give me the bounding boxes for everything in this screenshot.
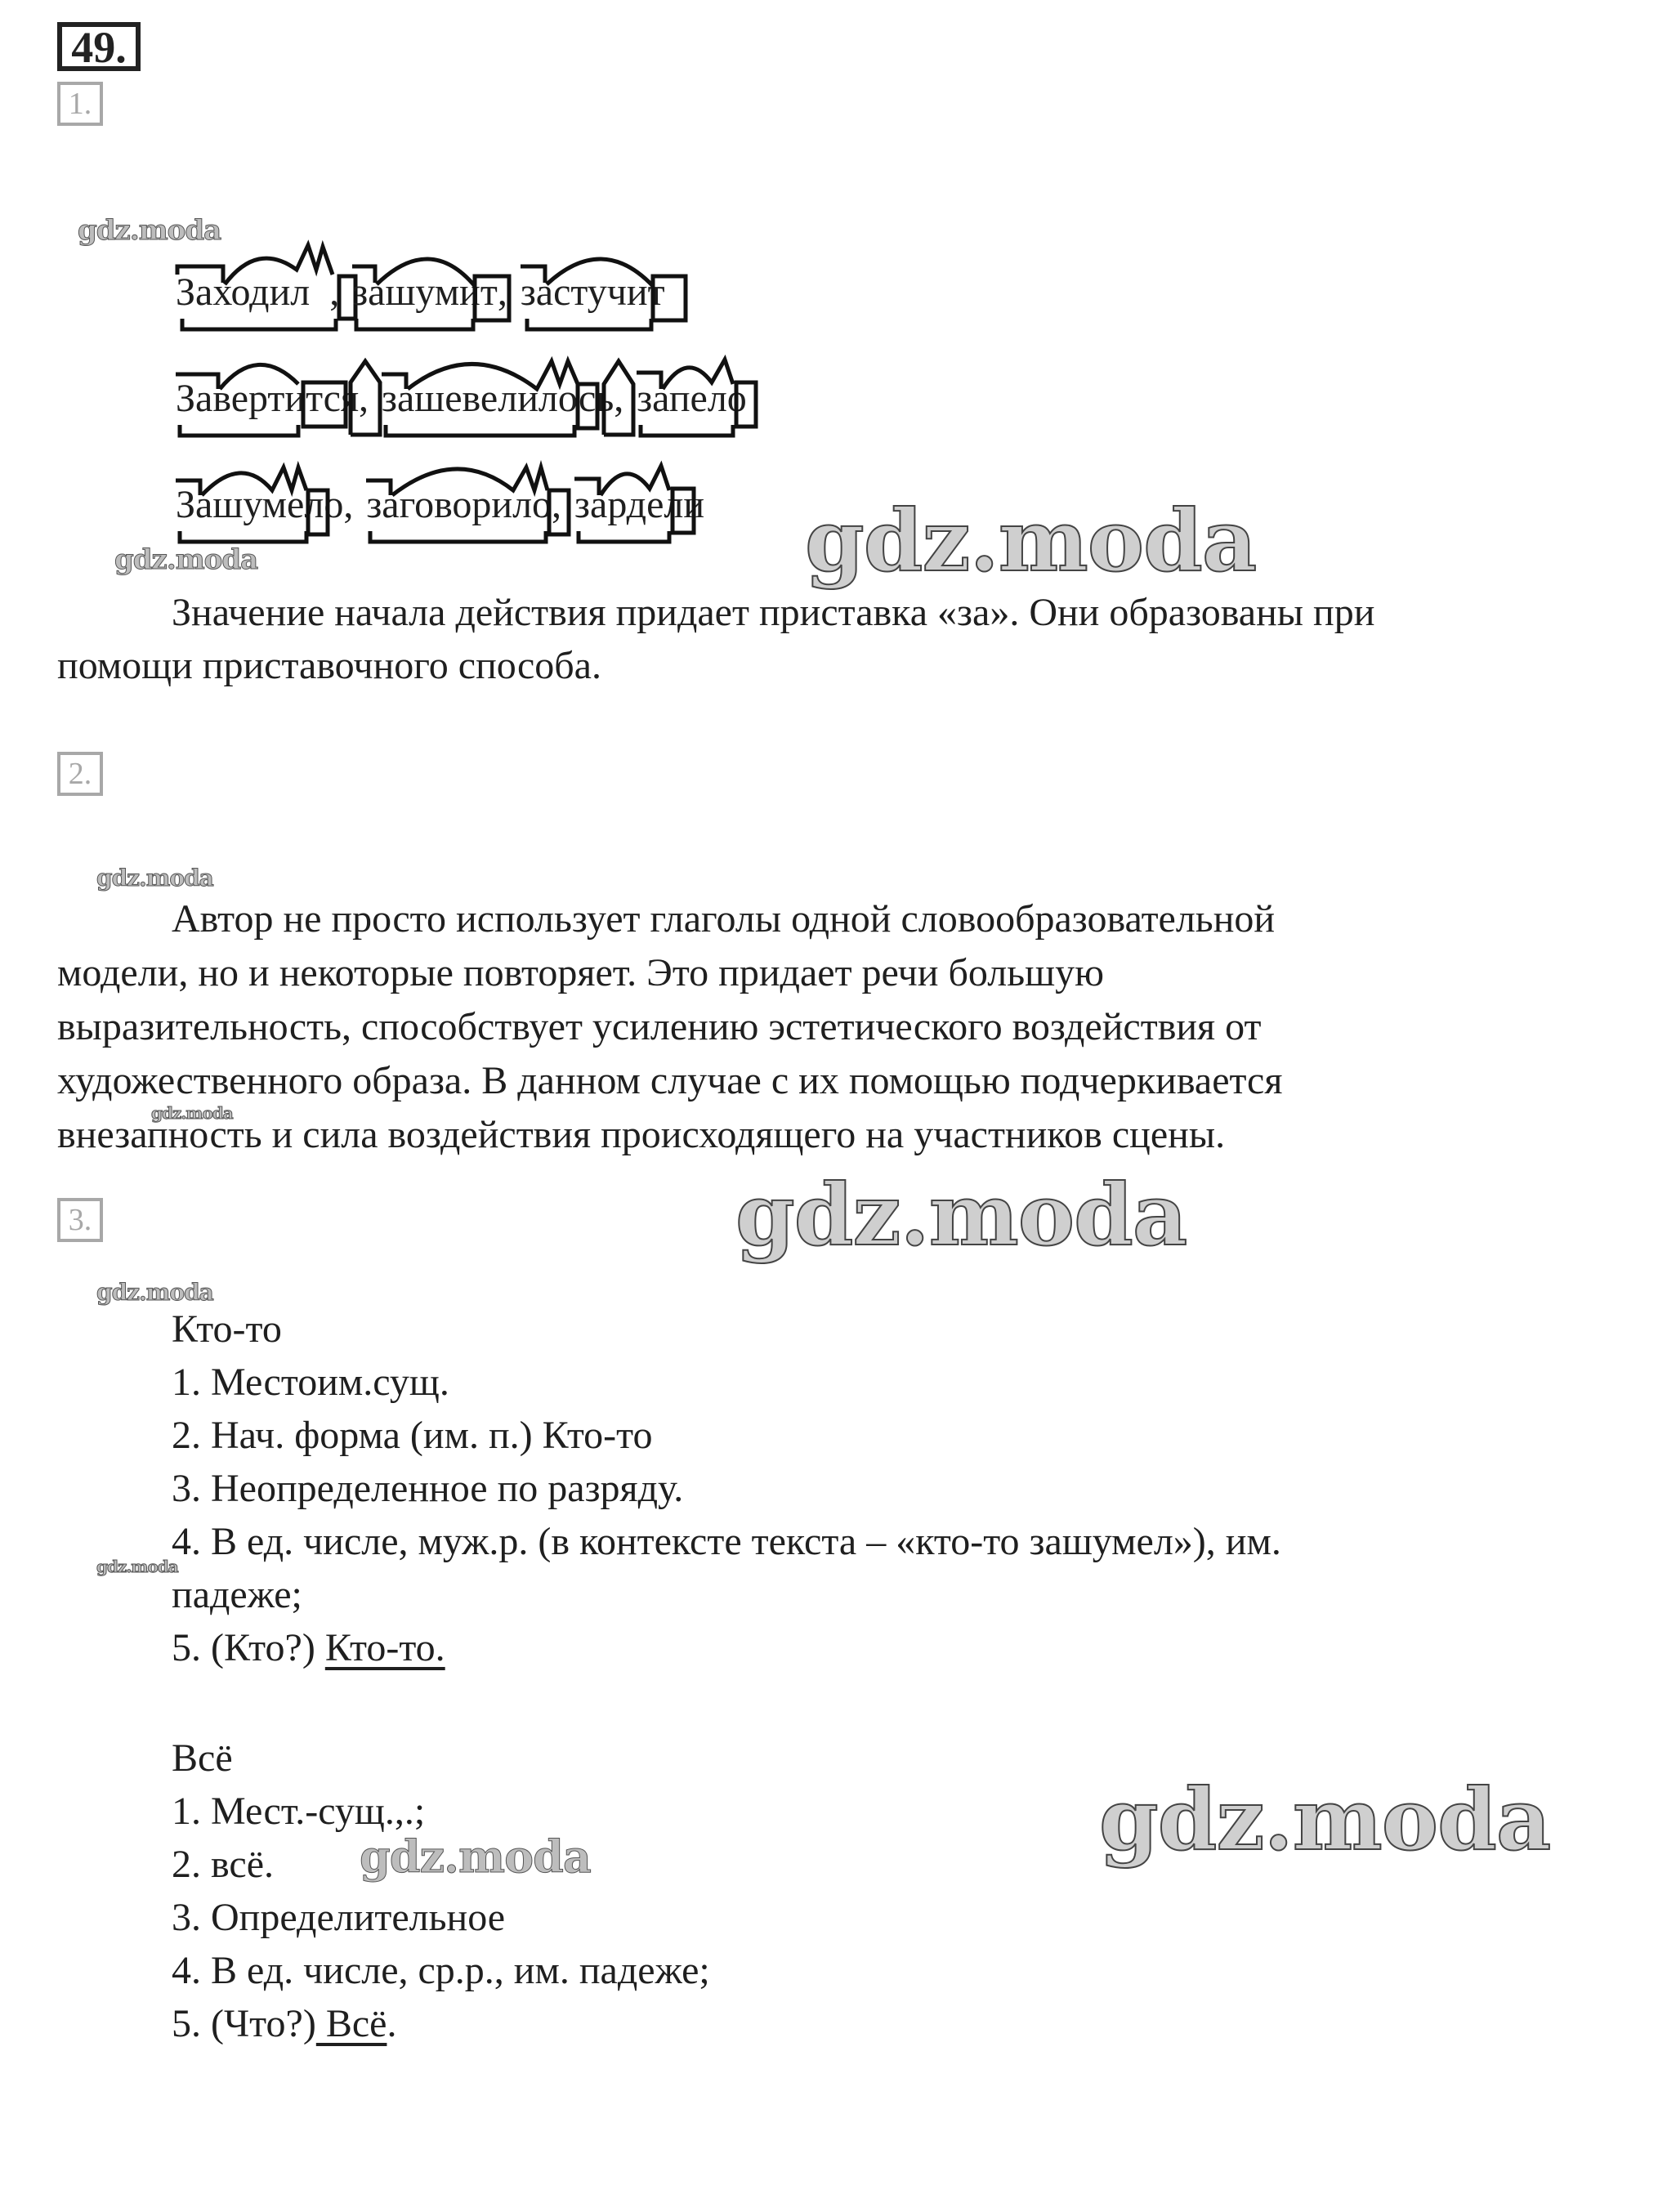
section-number-2: 2. — [57, 752, 103, 796]
paragraph-line: модели, но и некоторые повторяет. Это пр… — [57, 949, 1104, 998]
analysis-item: 4. В ед. числе, муж.р. (в контексте текс… — [172, 1517, 1281, 1566]
underlined-answer: Всё — [316, 2002, 387, 2045]
watermark: gdz.moda — [96, 1279, 213, 1306]
paragraph-line: Автор не просто использует глаголы одной… — [172, 895, 1275, 944]
analysis-item: падеже; — [172, 1571, 302, 1620]
morpheme-word: Заходил — [176, 270, 329, 315]
paragraph-line: выразительность, способствует усилению э… — [57, 1003, 1261, 1052]
morpheme-line-2: Завертится, зашевелилось, запело — [176, 376, 747, 458]
morpheme-marks-icon — [637, 343, 800, 433]
analysis-word: Всё — [172, 1734, 233, 1783]
paragraph-line: помощи приставочного способа. — [57, 641, 601, 690]
paragraph-line: внезапность и сила воздействия происходя… — [57, 1110, 1225, 1160]
section-number-3: 3. — [57, 1198, 103, 1242]
analysis-item: 2. всё. — [172, 1840, 274, 1889]
morpheme-word: зашевелилось — [382, 376, 614, 422]
morpheme-word: застучит — [521, 270, 665, 315]
watermark: gdz.moda — [735, 1164, 1187, 1265]
watermark: gdz.moda — [114, 543, 257, 576]
analysis-item: 4. В ед. числе, ср.р., им. падеже; — [172, 1946, 710, 1995]
analysis-word: Кто-то — [172, 1305, 282, 1354]
analysis-item: 1. Мест.-сущ.,.; — [172, 1787, 425, 1836]
section-number-1: 1. — [57, 82, 103, 126]
morpheme-word: Завертится — [176, 376, 359, 422]
analysis-item: 3. Неопределенное по разряду. — [172, 1464, 683, 1513]
analysis-item: 1. Местоим.сущ. — [172, 1358, 449, 1407]
morpheme-word: заговорило — [366, 482, 552, 528]
analysis-item: 2. Нач. форма (им. п.) Кто-то — [172, 1411, 653, 1460]
watermark: gdz.moda — [805, 490, 1256, 591]
morpheme-marks-icon — [521, 237, 733, 327]
analysis-item: 3. Определительное — [172, 1893, 505, 1942]
morpheme-word: зардели — [574, 482, 704, 528]
paragraph-line: Значение начала действия придает пристав… — [172, 588, 1374, 637]
morpheme-line-1: Заходил , зашумит, застучит — [176, 270, 665, 351]
morpheme-word: Зашумело — [176, 482, 343, 528]
morpheme-marks-icon — [382, 343, 643, 433]
morpheme-word: запело — [637, 376, 747, 422]
morpheme-marks-icon — [574, 449, 738, 539]
morpheme-marks-icon — [176, 343, 388, 433]
underlined-answer: Кто-то. — [325, 1626, 445, 1669]
paragraph-line: художественного образа. В данном случае … — [57, 1057, 1282, 1106]
morpheme-word: зашумит — [352, 270, 498, 315]
analysis-item-last: 5. (Что?) Всё. — [172, 2000, 396, 2049]
watermark: gdz.moda — [1099, 1769, 1550, 1870]
task-number: 49. — [57, 22, 141, 71]
watermark: gdz.moda — [360, 1830, 591, 1883]
analysis-item-last: 5. (Кто?) Кто-то. — [172, 1624, 445, 1673]
watermark: gdz.moda — [96, 1557, 178, 1576]
watermark: gdz.moda — [96, 865, 213, 892]
